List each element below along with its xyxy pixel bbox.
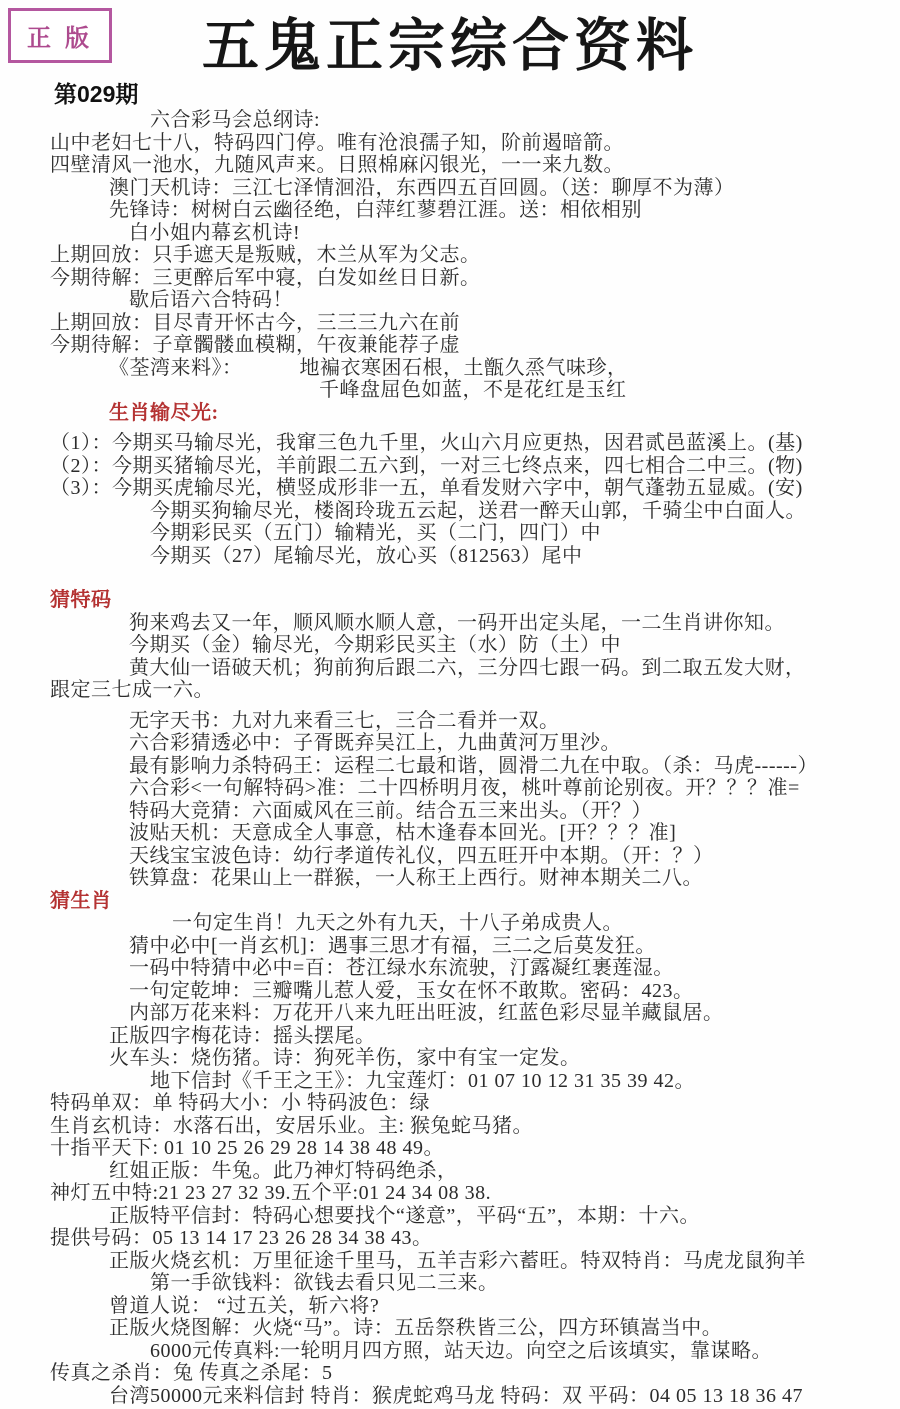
text-line: 今期买（27）尾输尽光，放心买（812563）尾中	[50, 545, 896, 568]
text-line: 今期待解：子章髑髅血模糊，午夜兼能荐子虚	[50, 334, 896, 357]
text-line: 一码中特猜中必中=百：苍江绿水东流驶，汀露凝红裹莲湿。	[50, 957, 896, 980]
text-line: 正版特平信封：特码心想要找个“遂意”，平码“五”，本期：十六。	[50, 1205, 896, 1228]
text-line: 特码单双：单 特码大小：小 特码波色：绿	[50, 1092, 896, 1115]
section-header: 生肖输尽光:	[50, 402, 896, 425]
text-line: 神灯五中特:21 23 27 32 39.五个平:01 24 34 08 38.	[50, 1182, 896, 1205]
text-line: 红姐正版：牛兔。此乃神灯特码绝杀，	[50, 1160, 896, 1183]
text-line: 传真之杀肖：兔 传真之杀尾：5	[50, 1362, 896, 1385]
text-line: 生肖玄机诗：水落石出，安居乐业。主: 猴兔蛇马猪。	[50, 1115, 896, 1138]
text-line: 跟定三七成一六。	[50, 679, 896, 702]
text-line: 特码大竞猜：六面威风在三前。结合五三来出头。（开？）	[50, 800, 896, 823]
text-line: （2）：今期买猪输尽光，羊前跟二五六到，一对三七终点来，四七相合二中三。(物)	[50, 455, 896, 478]
text-line: 今期彩民买（五门）输精光，买（二门，四门）中	[50, 522, 896, 545]
text-line: 正版火烧玄机：万里征途千里马，五羊吉彩六蓄旺。特双特肖：马虎龙鼠狗羊	[50, 1250, 896, 1273]
text-line: 白小姐内幕玄机诗!	[50, 222, 896, 245]
text-line: 无字天书：九对九来看三七，三合二看并一双。	[50, 710, 896, 733]
text-line: 四壁清风一池水，九随风声来。日照棉麻闪银光，一一来九数。	[50, 154, 896, 177]
issue-number: 第029期	[54, 76, 900, 109]
text-line: 台湾50000元来料信封 特肖：猴虎蛇鸡马龙 特码：双 平码：04 05 13 …	[50, 1385, 896, 1408]
text-line: 第一手欲钱料：欲钱去看只见二三来。	[50, 1272, 896, 1295]
lottery-info-sheet: 正版 五鬼正宗综合资料 第029期 六合彩马会总纲诗:山中老妇七十八，特码四门停…	[0, 0, 900, 1409]
text-line: （3）：今期买虎输尽光，横竖成形非一五，单看发财六字中，朝气蓬勃五显威。(安)	[50, 477, 896, 500]
authentic-edition-badge: 正版	[8, 8, 112, 63]
text-line: 今期待解：三更醉后军中寝，白发如丝日日新。	[50, 267, 896, 290]
text-line: 千峰盘屈色如蓝，不是花红是玉红	[50, 379, 896, 402]
text-line: 黄大仙一语破天机；狗前狗后跟二六，三分四七跟一码。到二取五发大财，	[50, 657, 896, 680]
document-body: 六合彩马会总纲诗:山中老妇七十八，特码四门停。唯有沧浪孺子知，阶前遏暗箭。四壁清…	[0, 109, 900, 1407]
text-line: 先锋诗：树树白云幽径绝，白萍红蓼碧江涯。送：相依相别	[50, 199, 896, 222]
text-line: 正版火烧图解：火烧“马”。诗：五岳祭秩皆三公，四方环镇嵩当中。	[50, 1317, 896, 1340]
text-line: 猜中必中[一肖玄机]：遇事三思才有福，三二之后莫发狂。	[50, 935, 896, 958]
text-line: 一句定乾坤：三瓣嘴儿惹人爱，玉女在怀不敢欺。密码：423。	[50, 980, 896, 1003]
text-line: 六合彩<一句解特码>准：二十四桥明月夜，桃叶尊前论别夜。开？？？准=	[50, 777, 896, 800]
text-line: 6000元传真料:一轮明月四方照，站天边。向空之后该填实，靠谋略。	[50, 1340, 896, 1363]
text-line: 提供号码：05 13 14 17 23 26 28 34 38 43。	[50, 1227, 896, 1250]
text-line: 火车头：烧伤猪。诗：狗死羊伤，家中有宝一定发。	[50, 1047, 896, 1070]
text-line: 《荃湾来料》： 地褊衣寒困石根，土甑久烝气味珍，	[50, 357, 896, 380]
text-line: 一句定生肖！九天之外有九天，十八子弟成贵人。	[50, 912, 896, 935]
text-line: 六合彩马会总纲诗:	[50, 109, 896, 132]
text-line: 山中老妇七十八，特码四门停。唯有沧浪孺子知，阶前遏暗箭。	[50, 132, 896, 155]
text-line: 最有影响力杀特码王：运程二七最和谐，圆滑二九在中取。（杀：马虎------）	[50, 755, 896, 778]
text-line: 上期回放：只手遮天是叛贼，木兰从军为父志。	[50, 244, 896, 267]
text-line: 波贴天机：天意成全人事意，枯木逢春本回光。[开？？？准]	[50, 822, 896, 845]
text-line: 澳门天机诗：三江七泽情洄沿，东西四五百回圆。（送：聊厚不为薄）	[50, 177, 896, 200]
text-line: 今期买（金）输尽光，今期彩民买主（水）防（土）中	[50, 634, 896, 657]
text-line: 内部万花来料：万花开八来九旺出旺波，红蓝色彩尽显羊藏鼠居。	[50, 1002, 896, 1025]
section-header: 猜生肖	[50, 890, 896, 913]
text-line: 铁算盘：花果山上一群猴，一人称王上西行。财神本期关二八。	[50, 867, 896, 890]
section-header: 猜特码	[50, 589, 896, 612]
text-line: （1）：今期买马输尽光，我窜三色九千里，火山六月应更热，因君贰邑蓝溪上。(基)	[50, 432, 896, 455]
text-line: 六合彩猜透必中：子胥既弃吴江上，九曲黄河万里沙。	[50, 732, 896, 755]
text-line: 十指平天下: 01 10 25 26 29 28 14 38 48 49。	[50, 1137, 896, 1160]
text-line: 歇后语六合特码！	[50, 289, 896, 312]
page-title: 五鬼正宗综合资料	[0, 0, 900, 75]
text-line: 正版四字梅花诗：摇头摆尾。	[50, 1025, 896, 1048]
text-line: 上期回放：目尽青开怀古今，三三三九六在前	[50, 312, 896, 335]
text-line: 今期买狗输尽光，楼阁玲珑五云起，送君一醉天山郭，千骑尘中白面人。	[50, 500, 896, 523]
text-line: 狗来鸡去又一年，顺风顺水顺人意，一码开出定头尾，一二生肖讲你知。	[50, 612, 896, 635]
text-line: 地下信封《千王之王》：九宝莲灯：01 07 10 12 31 35 39 42。	[50, 1070, 896, 1093]
text-line: 曾道人说： “过五关，斩六将?	[50, 1295, 896, 1318]
text-line: 天线宝宝波色诗：幼行孝道传礼仪，四五旺开中本期。（开：？）	[50, 845, 896, 868]
